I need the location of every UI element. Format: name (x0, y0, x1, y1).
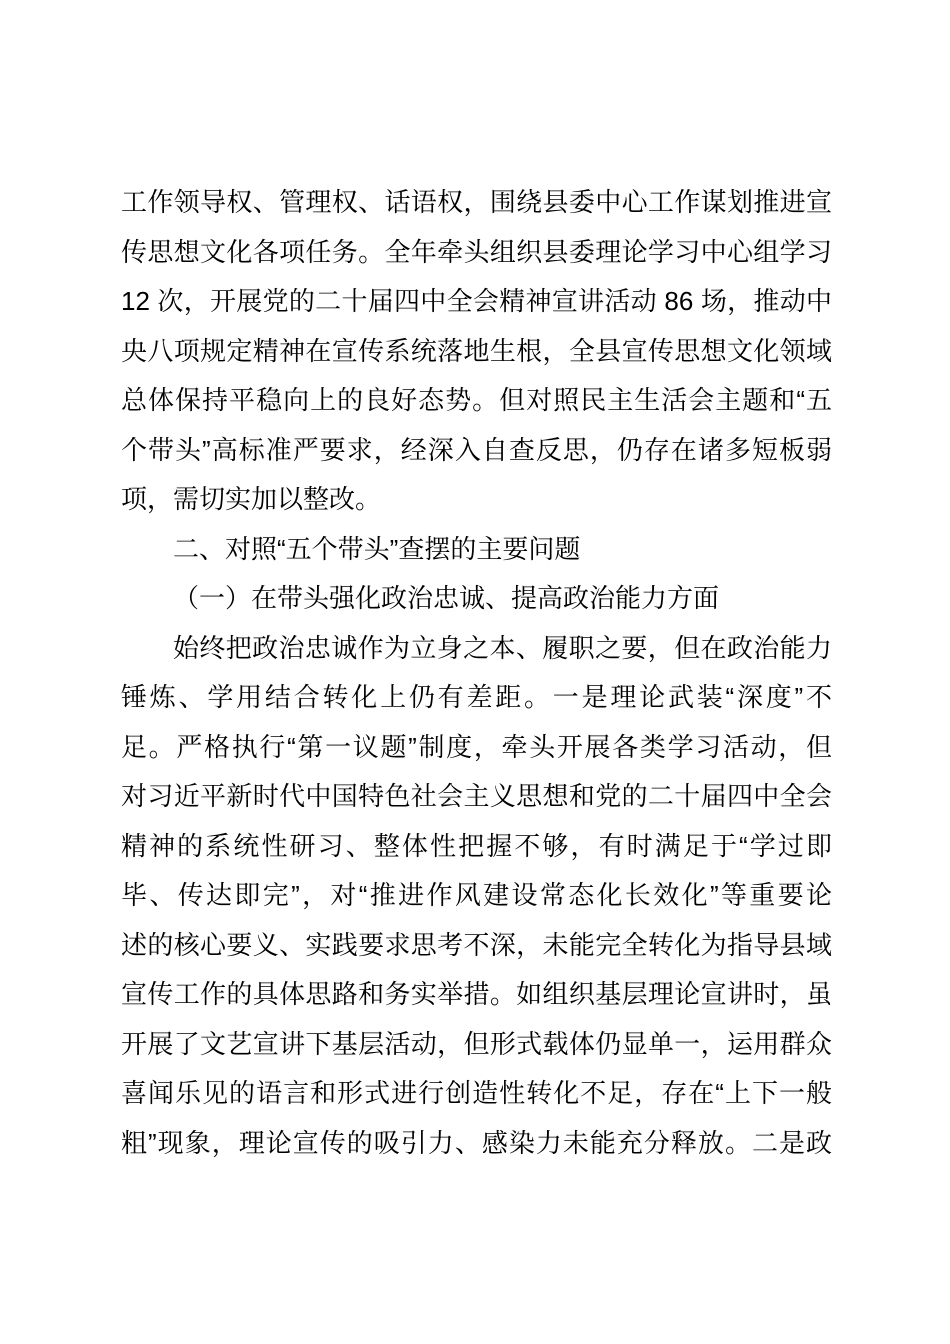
document-page: 工作领导权、管理权、话语权，围绕县委中心工作谋划推进宣 传思想文化各项任务。全年… (0, 0, 950, 1344)
paragraph-line: 央八项规定精神在宣传系统落地生根，全县宣传思想文化领域 (121, 327, 832, 377)
paragraph-line: 毕、传达即完”，对“推进作风建设常态化长效化”等重要论 (121, 871, 832, 921)
paragraph-line: 锤炼、学用结合转化上仍有差距。一是理论武装“深度”不 (121, 673, 832, 723)
paragraph-line: 12 次，开展党的二十届四中全会精神宣讲活动 86 场，推动中 (121, 277, 832, 327)
paragraph-line: 对习近平新时代中国特色社会主义思想和党的二十届四中全会 (121, 772, 832, 822)
paragraph-line: 足。严格执行“第一议题”制度，牵头开展各类学习活动，但 (121, 723, 832, 773)
paragraph-line: 传思想文化各项任务。全年牵头组织县委理论学习中心组学习 (121, 228, 832, 278)
section-heading: 二、对照“五个带头”查摆的主要问题 (121, 525, 832, 575)
paragraph-line: 项，需切实加以整改。 (121, 475, 832, 525)
paragraph-line: 喜闻乐见的语言和形式进行创造性转化不足，存在“上下一般 (121, 1069, 832, 1119)
paragraph-line: 述的核心要义、实践要求思考不深，未能完全转化为指导县域 (121, 921, 832, 971)
paragraph-line: 粗”现象，理论宣传的吸引力、感染力未能充分释放。二是政 (121, 1119, 832, 1169)
document-text-block: 工作领导权、管理权、话语权，围绕县委中心工作谋划推进宣 传思想文化各项任务。全年… (121, 178, 832, 1168)
paragraph-line: 工作领导权、管理权、话语权，围绕县委中心工作谋划推进宣 (121, 178, 832, 228)
paragraph-line: 精神的系统性研习、整体性把握不够，有时满足于“学过即 (121, 822, 832, 872)
paragraph-line: 总体保持平稳向上的良好态势。但对照民主生活会主题和“五 (121, 376, 832, 426)
paragraph-line: 始终把政治忠诚作为立身之本、履职之要，但在政治能力 (121, 624, 832, 674)
subsection-heading: （一）在带头强化政治忠诚、提高政治能力方面 (121, 574, 832, 624)
paragraph-line: 开展了文艺宣讲下基层活动，但形式载体仍显单一，运用群众 (121, 1020, 832, 1070)
paragraph-line: 个带头”高标准严要求，经深入自查反思，仍存在诸多短板弱 (121, 426, 832, 476)
paragraph-line: 宣传工作的具体思路和务实举措。如组织基层理论宣讲时，虽 (121, 970, 832, 1020)
